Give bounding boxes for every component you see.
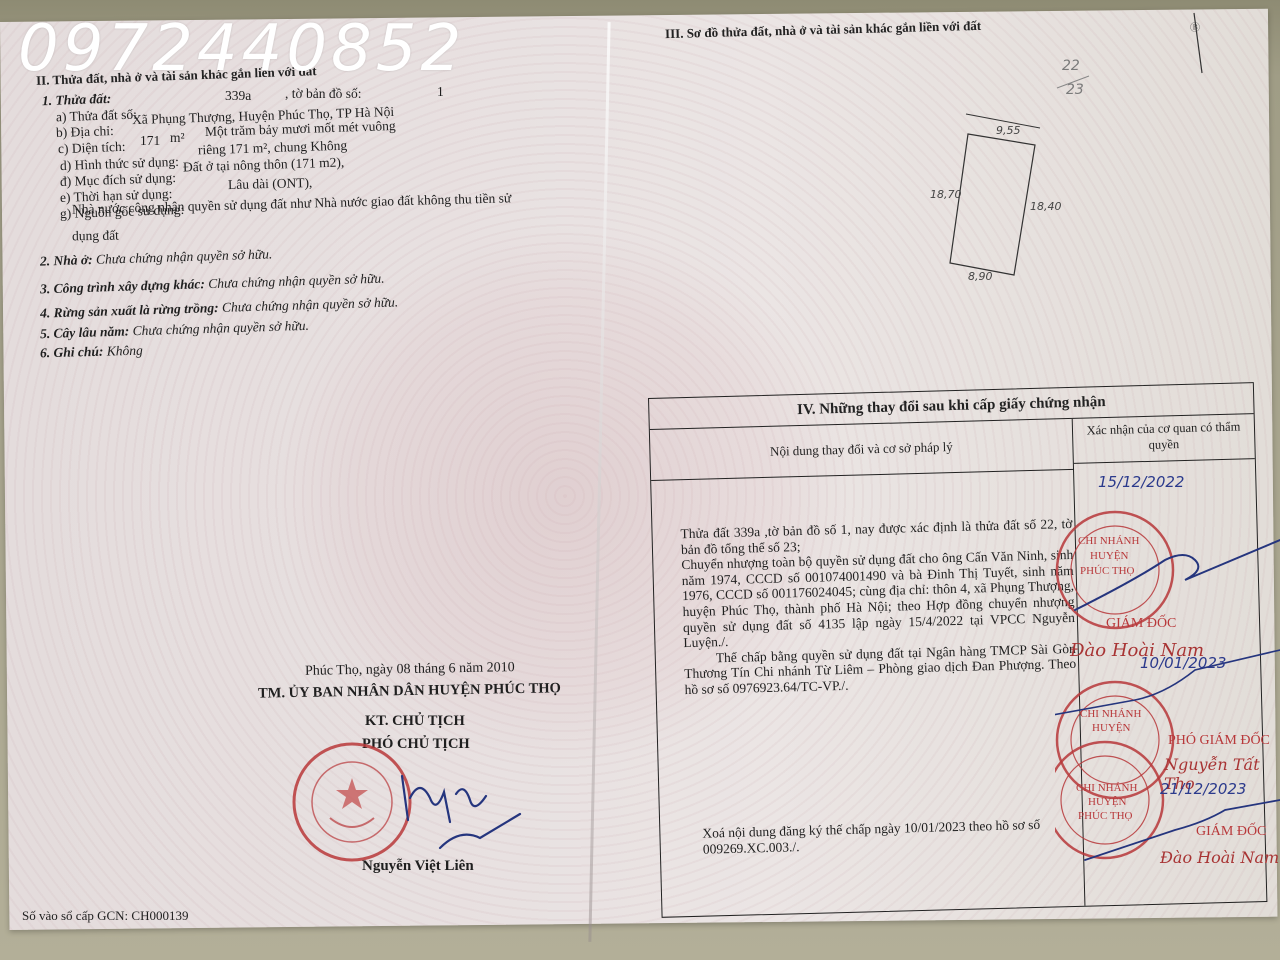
item-trees-label: 5. Cây lâu năm: bbox=[40, 323, 130, 341]
item-production-forest: 4. Rừng sản xuất là rừng trồng: Chưa chứ… bbox=[40, 294, 399, 321]
signing-place-date: Phúc Thọ, ngày 08 tháng 6 năm 2010 bbox=[305, 660, 515, 680]
item-forest-label: 4. Rừng sản xuất là rừng trồng: bbox=[40, 300, 219, 321]
confirmation-2-title: PHÓ GIÁM ĐỐC bbox=[1168, 733, 1270, 749]
item-notes-label: 6. Ghi chú: bbox=[40, 344, 104, 361]
stamp-1-line-1: CHI NHÁNH bbox=[1078, 535, 1139, 547]
stamp-1-line-2: HUYỆN bbox=[1090, 550, 1129, 562]
signer-name: Nguyễn Việt Liên bbox=[362, 858, 474, 875]
item-notes-value: Không bbox=[107, 343, 143, 359]
map-sheet-number: 1 bbox=[437, 84, 444, 100]
confirmation-date-2: 10/01/2023 bbox=[1140, 654, 1226, 672]
item-perennial-trees: 5. Cây lâu năm: Chưa chứng nhận quyền sở… bbox=[40, 318, 309, 342]
north-arrow-icon: Ⓑ bbox=[1180, 5, 1210, 75]
stamp-seal-icon-2 bbox=[1057, 682, 1173, 798]
item-construction-label: 3. Công trình xây dựng khác: bbox=[40, 276, 205, 296]
item-forest-value: Chưa chứng nhận quyền sở hữu. bbox=[222, 294, 399, 315]
change-entry-transfer: Chuyển nhượng toàn bộ quyền sử dụng đất … bbox=[681, 547, 1075, 651]
item-house-label: 2. Nhà ở: bbox=[40, 252, 93, 269]
change-entry-mortgage: Thế chấp bằng quyền sử dụng đất tại Ngân… bbox=[684, 641, 1077, 698]
column-header-content: Nội dung thay đổi và cơ sở pháp lý bbox=[650, 419, 1074, 481]
fraction-line bbox=[1055, 72, 1095, 92]
parcel-heading: 1. Thửa đất: bbox=[42, 91, 112, 109]
area-value: 171 bbox=[140, 133, 160, 149]
signature-scribble-icon bbox=[402, 776, 520, 848]
plot-left-length: 18,70 bbox=[930, 188, 962, 201]
plot-right-length: 18,40 bbox=[1030, 200, 1062, 213]
origin-line-2: dụng đất bbox=[72, 228, 119, 245]
area-unit: m² bbox=[170, 130, 185, 146]
plot-top-length: 9,55 bbox=[996, 124, 1021, 137]
stamp-3-line-2: HUYỆN bbox=[1088, 796, 1127, 808]
svg-text:Ⓑ: Ⓑ bbox=[1190, 22, 1200, 34]
confirmation-3-name: Đào Hoài Nam bbox=[1160, 848, 1279, 867]
change-entry-mortgage-release: Xoá nội dung đăng ký thế chấp ngày 10/01… bbox=[702, 816, 1083, 858]
column-header-confirmation: Xác nhận của cơ quan có thẩm quyền bbox=[1073, 414, 1255, 464]
change-entries: Thửa đất 339a ,tờ bản đồ số 1, nay được … bbox=[680, 516, 1076, 698]
term-value: Lâu dài (ONT), bbox=[228, 175, 313, 193]
confirmation-3-title: GIÁM ĐỐC bbox=[1196, 824, 1266, 840]
item-house-value: Chưa chứng nhận quyền sở hữu. bbox=[96, 246, 273, 267]
confirmation-1-title: GIÁM ĐỐC bbox=[1106, 616, 1176, 632]
red-seal-icon bbox=[294, 744, 410, 860]
parcel-number: 339a bbox=[225, 88, 251, 104]
issuing-authority: TM. ỦY BAN NHÂN DÂN HUYỆN PHÚC THỌ bbox=[258, 680, 561, 702]
stamp-2-line-2: HUYỆN bbox=[1092, 722, 1131, 734]
item-trees-value: Chưa chứng nhận quyền sở hữu. bbox=[132, 318, 309, 339]
stamp-3-line-1: CHI NHÁNH bbox=[1076, 782, 1137, 794]
confirmation-date-1: 15/12/2022 bbox=[1098, 473, 1184, 491]
stamp-3-line-3: PHÚC THỌ bbox=[1078, 810, 1133, 822]
map-sheet-label: , tờ bản đồ số: bbox=[285, 86, 362, 102]
item-notes: 6. Ghi chú: Không bbox=[40, 343, 143, 362]
stamp-1-line-3: PHÚC THỌ bbox=[1080, 565, 1135, 577]
item-house: 2. Nhà ở: Chưa chứng nhận quyền sở hữu. bbox=[40, 246, 273, 269]
stamp-2-line-1: CHI NHÁNH bbox=[1080, 708, 1141, 720]
left-page: II. Thửa đất, nhà ở và tài sản khác gắn … bbox=[0, 0, 600, 960]
registry-number: Số vào sổ cấp GCN: CH000139 bbox=[22, 908, 188, 924]
address-label: b) Địa chỉ: bbox=[56, 123, 114, 141]
confirmation-date-3: 21/12/2023 bbox=[1160, 780, 1246, 798]
item-other-construction: 3. Công trình xây dựng khác: Chưa chứng … bbox=[40, 271, 385, 298]
item-construction-value: Chưa chứng nhận quyền sở hữu. bbox=[208, 271, 385, 292]
area-label: c) Diện tích: bbox=[58, 139, 126, 157]
plot-bottom-length: 8,90 bbox=[968, 270, 993, 283]
phone-watermark: 0972440852 bbox=[18, 12, 465, 86]
signer-role-1: KT. CHỦ TỊCH bbox=[365, 713, 465, 730]
confirmation-stamps bbox=[1055, 500, 1280, 900]
